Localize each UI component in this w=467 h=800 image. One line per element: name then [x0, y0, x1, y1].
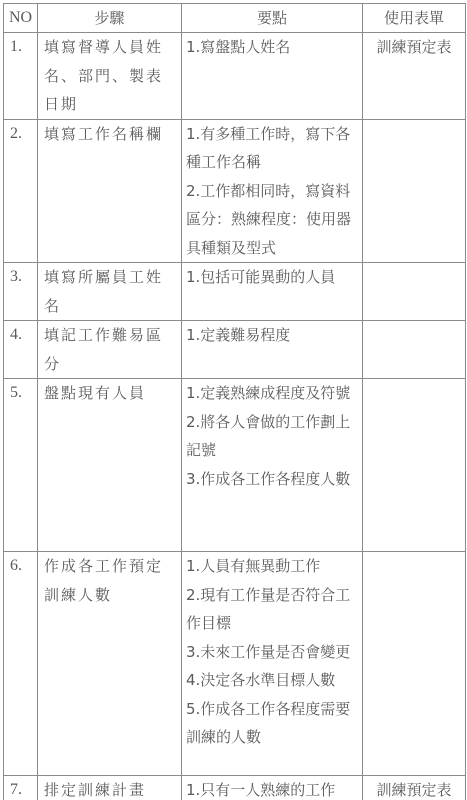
- step-number: 1.: [4, 33, 38, 120]
- table-row: 7.排定訓練計畫1.只有一人熟練的工作訓練預定表: [4, 776, 466, 800]
- header-points: 要點: [182, 4, 363, 33]
- key-point: 4.決定各水準目標人數: [186, 666, 358, 695]
- form-used: 訓練預定表: [363, 776, 466, 800]
- header-form: 使用表單: [363, 4, 466, 33]
- key-point: 1.人員有無異動工作: [186, 552, 358, 581]
- step-number: 4.: [4, 321, 38, 379]
- step-description: 填寫督導人員姓名、部門、製表日期: [38, 33, 182, 120]
- training-steps-table: NO 步驟 要點 使用表單 1.填寫督導人員姓名、部門、製表日期1.寫盤點人姓名…: [3, 3, 466, 800]
- step-key-points: 1.寫盤點人姓名: [182, 33, 363, 120]
- step-number: 3.: [4, 263, 38, 321]
- table-row: 2.填寫工作名稱欄1.有多種工作時，寫下各種工作名稱2.工作都相同時，寫資料區分…: [4, 119, 466, 263]
- step-key-points: 1.定義熟練成程度及符號2.將各人會做的工作劃上記號3.作成各工作各程度人數: [182, 379, 363, 552]
- header-step: 步驟: [38, 4, 182, 33]
- key-point: 1.包括可能異動的人員: [186, 263, 358, 292]
- step-number: 7.: [4, 776, 38, 800]
- form-used: [363, 263, 466, 321]
- step-description: 盤點現有人員: [38, 379, 182, 552]
- form-used: [363, 379, 466, 552]
- table-row: 4.填記工作難易區分1.定義難易程度: [4, 321, 466, 379]
- header-row: NO 步驟 要點 使用表單: [4, 4, 466, 33]
- key-point: 1.定義熟練成程度及符號: [186, 379, 358, 408]
- step-key-points: 1.人員有無異動工作2.現有工作量是否符合工作目標3.未來工作量是否會變更4.決…: [182, 552, 363, 776]
- step-number: 2.: [4, 119, 38, 263]
- form-used: [363, 119, 466, 263]
- table-row: 5.盤點現有人員1.定義熟練成程度及符號2.將各人會做的工作劃上記號3.作成各工…: [4, 379, 466, 552]
- step-description: 作成各工作預定訓練人數: [38, 552, 182, 776]
- key-point: 1.寫盤點人姓名: [186, 33, 358, 62]
- step-number: 6.: [4, 552, 38, 776]
- step-description: 填寫工作名稱欄: [38, 119, 182, 263]
- key-point: 2.工作都相同時，寫資料區分：熟練程度：使用器具種類及型式: [186, 177, 358, 263]
- key-point: 3.未來工作量是否會變更: [186, 638, 358, 667]
- table-row: 6.作成各工作預定訓練人數1.人員有無異動工作2.現有工作量是否符合工作目標3.…: [4, 552, 466, 776]
- form-used: [363, 552, 466, 776]
- header-no: NO: [4, 4, 38, 33]
- step-description: 填寫所屬員工姓名: [38, 263, 182, 321]
- key-point: 1.有多種工作時，寫下各種工作名稱: [186, 120, 358, 177]
- step-key-points: 1.有多種工作時，寫下各種工作名稱2.工作都相同時，寫資料區分：熟練程度：使用器…: [182, 119, 363, 263]
- step-description: 填記工作難易區分: [38, 321, 182, 379]
- key-point: 1.定義難易程度: [186, 321, 358, 350]
- key-point: 2.現有工作量是否符合工作目標: [186, 581, 358, 638]
- key-point: 3.作成各工作各程度人數: [186, 465, 358, 494]
- key-point: 2.將各人會做的工作劃上記號: [186, 408, 358, 465]
- form-used: [363, 321, 466, 379]
- step-key-points: 1.包括可能異動的人員: [182, 263, 363, 321]
- step-number: 5.: [4, 379, 38, 552]
- key-point: 5.作成各工作各程度需要訓練的人數: [186, 695, 358, 752]
- key-point: 1.只有一人熟練的工作: [186, 776, 358, 800]
- step-key-points: 1.定義難易程度: [182, 321, 363, 379]
- step-key-points: 1.只有一人熟練的工作: [182, 776, 363, 800]
- table-row: 3.填寫所屬員工姓名1.包括可能異動的人員: [4, 263, 466, 321]
- table-row: 1.填寫督導人員姓名、部門、製表日期1.寫盤點人姓名訓練預定表: [4, 33, 466, 120]
- form-used: 訓練預定表: [363, 33, 466, 120]
- step-description: 排定訓練計畫: [38, 776, 182, 800]
